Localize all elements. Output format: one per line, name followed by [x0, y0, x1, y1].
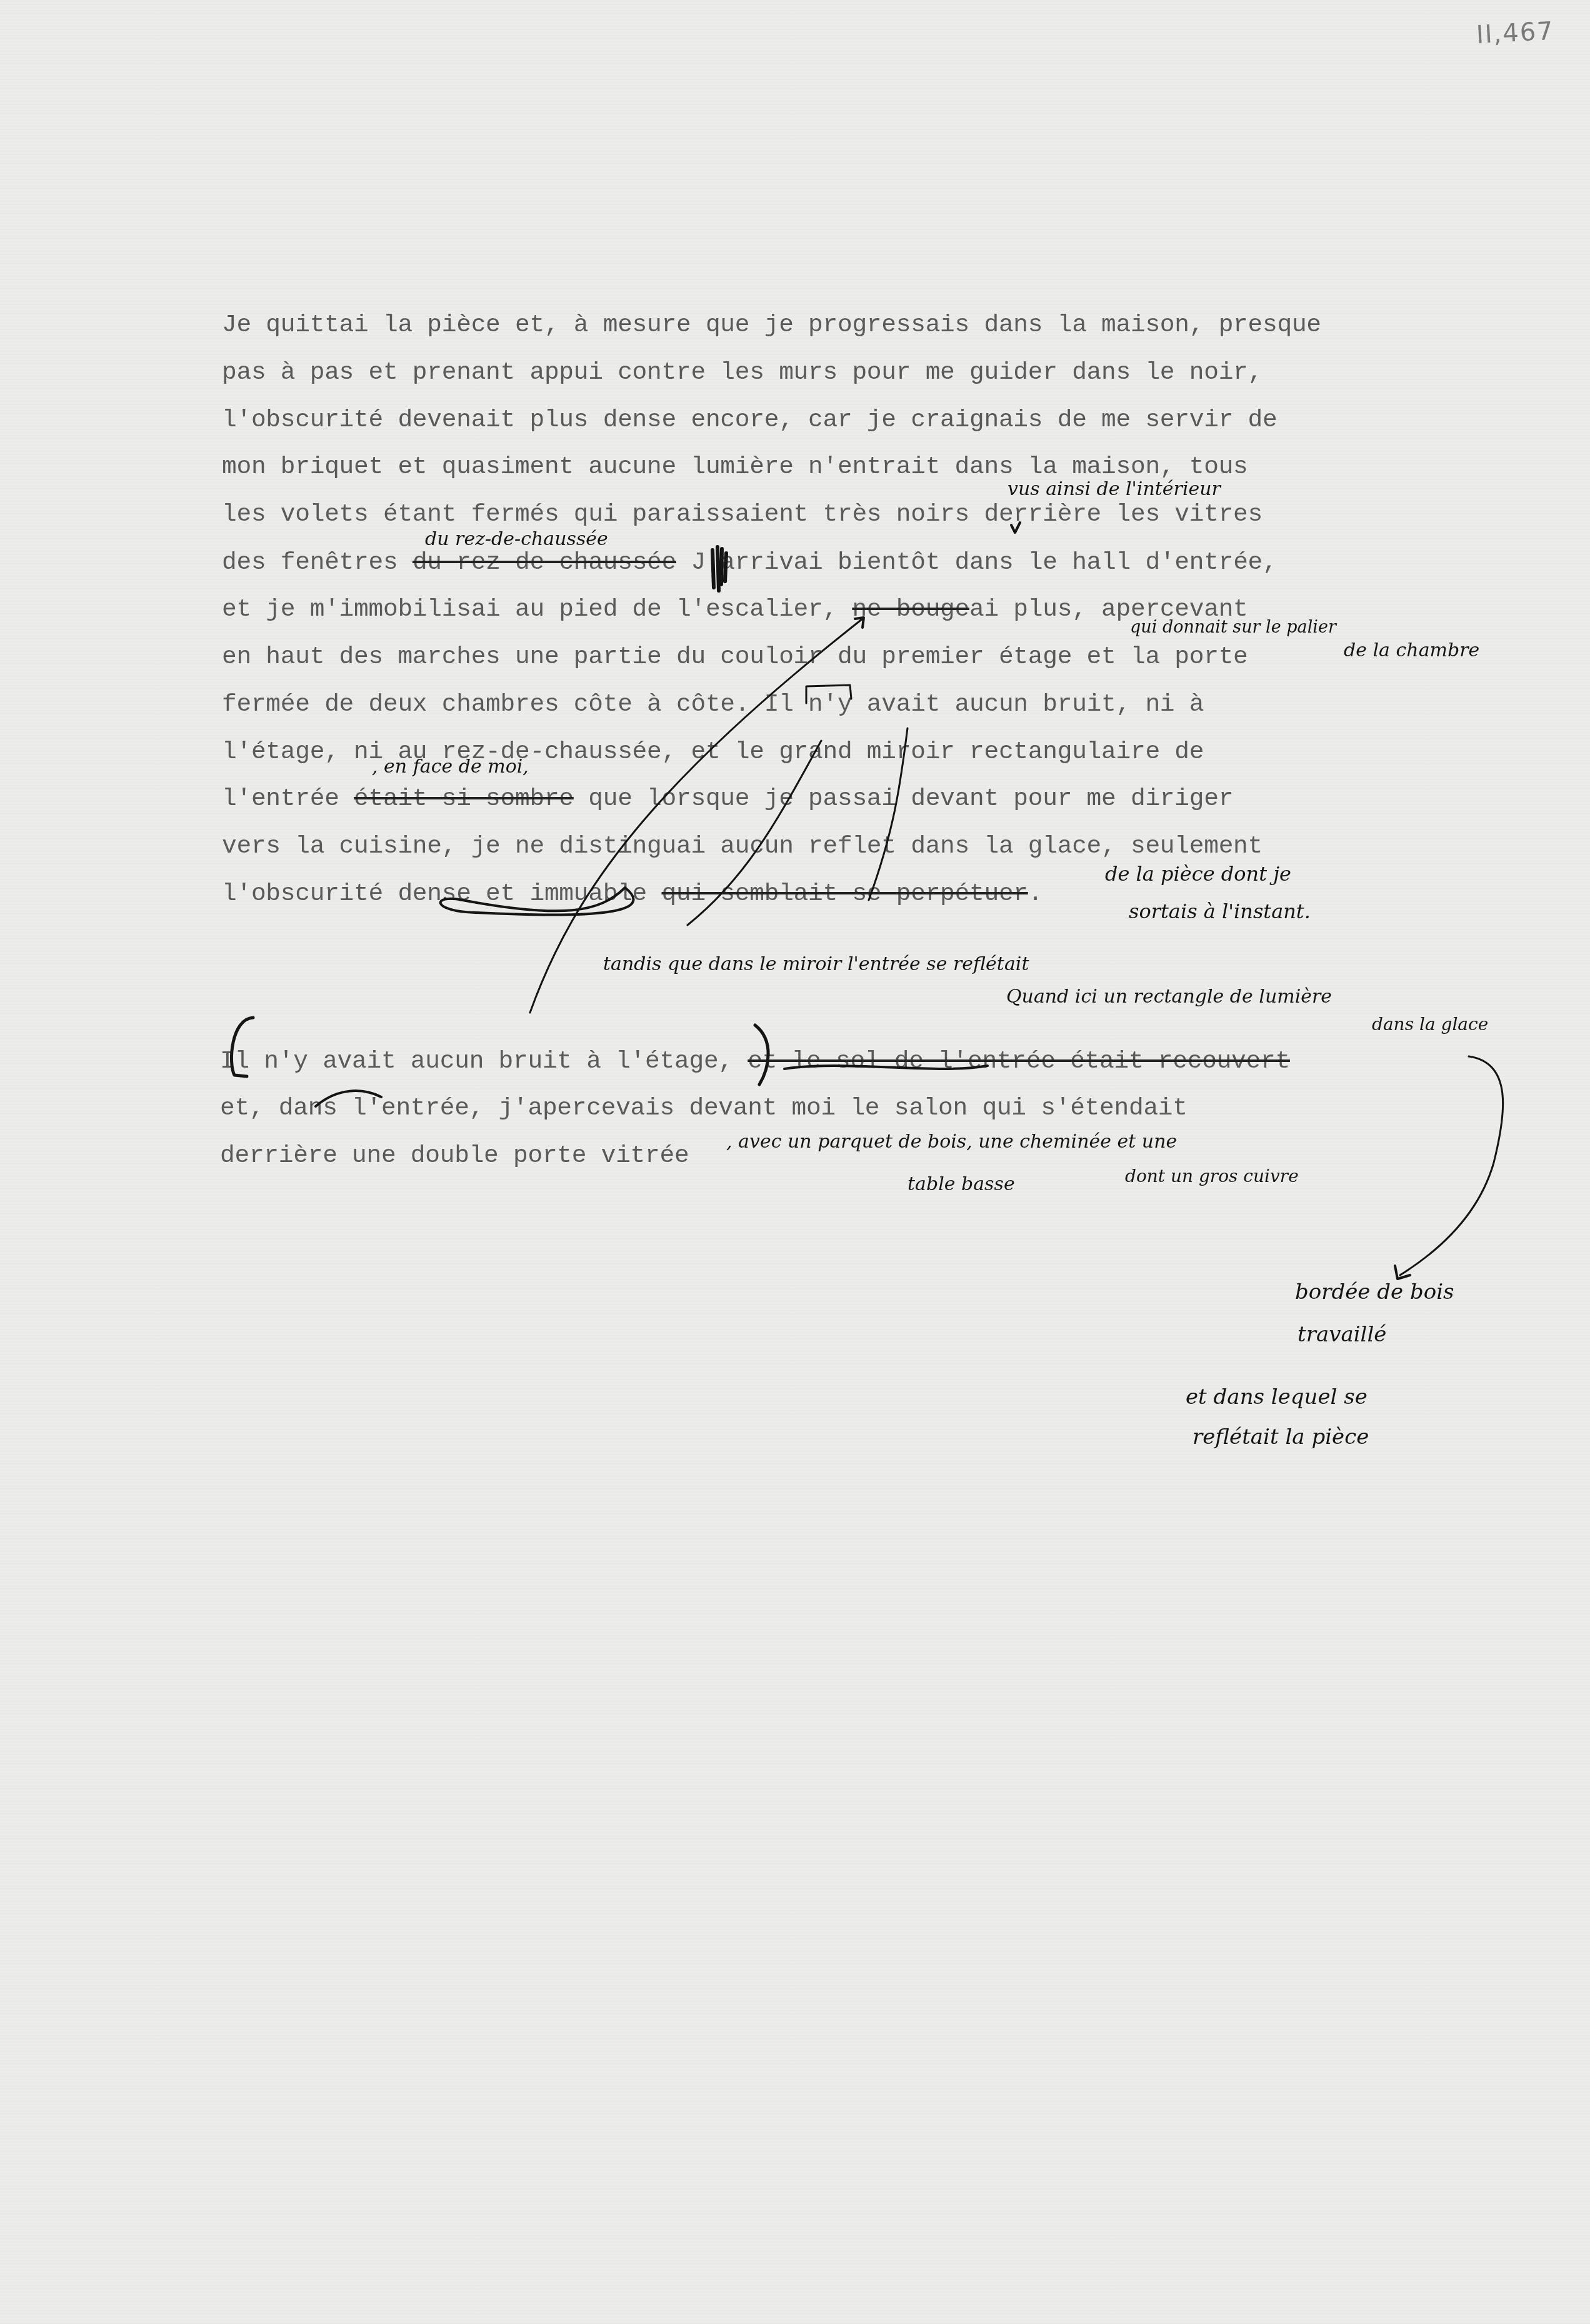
typed-text: .: [1028, 879, 1042, 908]
handwritten-note: dans la glace: [1372, 1016, 1488, 1033]
arrow-head-icon: [1395, 1266, 1410, 1279]
typed-line: les volets étant fermés qui paraissaient…: [222, 502, 1262, 527]
handwritten-note: de la pièce dont je: [1105, 864, 1291, 884]
typed-line: fermée de deux chambres côte à côte. Il …: [222, 692, 1204, 717]
typed-line: Il n'y avait aucun bruit à l'étage, et l…: [220, 1049, 1290, 1074]
struck-text: du rez-de-chaussée: [412, 548, 676, 576]
typed-text: que lorsque je passai devant pour me dir…: [574, 784, 1233, 813]
typed-line: mon briquet et quasiment aucune lumière …: [222, 454, 1248, 479]
handwritten-note: travaillé: [1297, 1324, 1386, 1345]
handwritten-note: de la chambre: [1344, 641, 1479, 660]
struck-text: qui semblait se perpétuer: [662, 879, 1028, 908]
bracket-arrow-icon: [1400, 1056, 1503, 1275]
handwritten-note: dont un gros cuivre: [1125, 1168, 1299, 1185]
struck-text: était si sombre: [354, 784, 574, 813]
handwritten-note: qui donnait sur le palier: [1130, 619, 1336, 636]
handwritten-note: sortais à l'instant.: [1129, 901, 1311, 921]
struck-text: ne bouge: [852, 595, 969, 623]
handwritten-note: du rez-de-chaussée: [425, 530, 608, 549]
typed-text: J'arrivai bientôt dans le hall d'entrée,: [676, 548, 1277, 576]
typed-line: l'obscurité devenait plus dense encore, …: [222, 408, 1277, 433]
typed-line: derrière une double porte vitrée: [220, 1143, 689, 1168]
handwritten-note: , en face de moi,: [372, 758, 529, 776]
typed-line: des fenêtres du rez-de-chaussée J'arriva…: [222, 550, 1277, 575]
handwritten-note: , avec un parquet de bois, une cheminée …: [726, 1133, 1177, 1151]
typed-line: l'entrée était si sombre que lorsque je …: [222, 786, 1233, 811]
typed-line: en haut des marches une partie du couloi…: [222, 644, 1248, 669]
handwritten-note: vus ainsi de l'intérieur: [1007, 480, 1221, 499]
typed-line: et, dans l'entrée, j'apercevais devant m…: [220, 1096, 1187, 1121]
handwritten-note: table basse: [907, 1175, 1015, 1194]
typed-line: vers la cuisine, je ne distinguai aucun …: [222, 834, 1262, 859]
typed-text: l'obscurité dense et immuable: [222, 879, 662, 908]
typed-text: l'entrée: [222, 784, 354, 813]
typed-line: l'obscurité dense et immuable qui sembla…: [222, 881, 1042, 906]
typed-line: pas à pas et prenant appui contre les mu…: [222, 360, 1262, 385]
handwritten-note: bordée de bois: [1295, 1281, 1454, 1303]
handwritten-note: Quand ici un rectangle de lumière: [1006, 988, 1332, 1006]
typed-text: et je m'immobilisai au pied de l'escalie…: [222, 595, 852, 623]
handwritten-note: reflétait la pièce: [1192, 1426, 1369, 1448]
page-folio: II,467: [1476, 17, 1555, 49]
typed-text: Il n'y avait aucun bruit à l'étage,: [220, 1047, 747, 1075]
typed-line: l'étage, ni au rez-de-chaussée, et le gr…: [222, 739, 1204, 764]
handwritten-note: tandis que dans le miroir l'entrée se re…: [603, 955, 1029, 974]
typed-line: et je m'immobilisai au pied de l'escalie…: [222, 597, 1248, 622]
handwritten-note: et dans lequel se: [1186, 1386, 1367, 1408]
typed-text: des fenêtres: [222, 548, 412, 576]
typed-line: Je quittai la pièce et, à mesure que je …: [222, 313, 1321, 338]
struck-text: et le sol de l'entrée était recouvert: [747, 1047, 1290, 1075]
